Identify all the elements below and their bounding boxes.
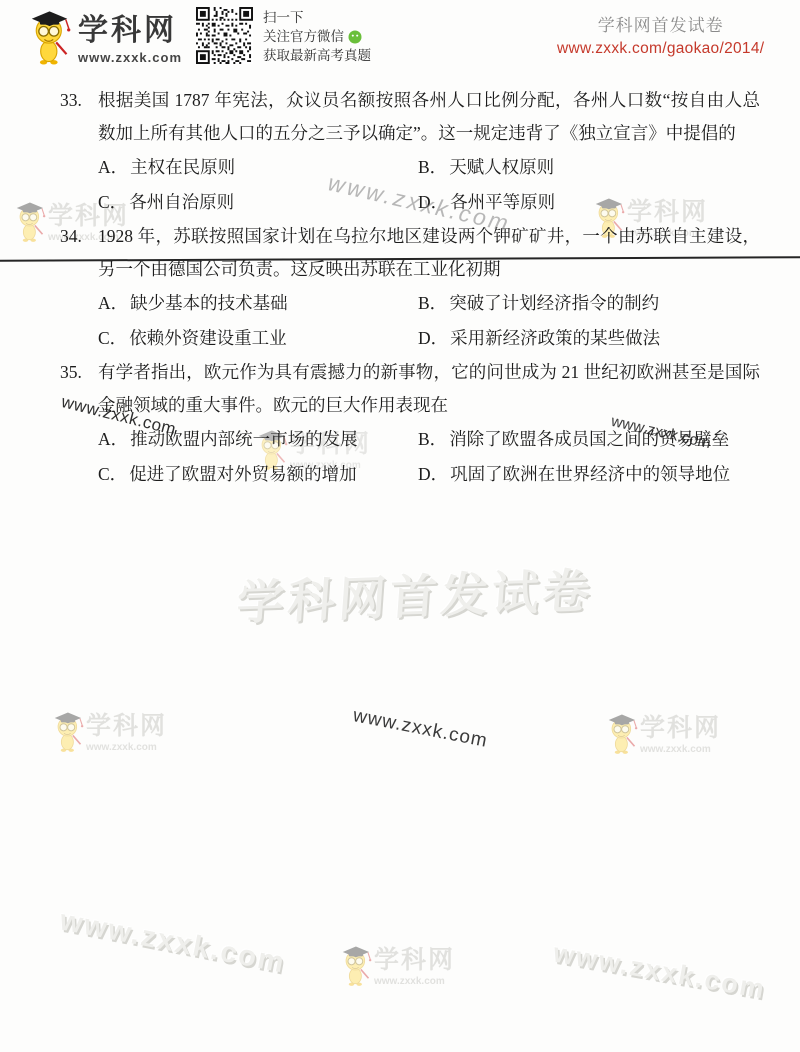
wechat-icon xyxy=(348,30,362,44)
mascot-icon xyxy=(606,709,640,755)
question-stem: 有学者指出，欧元作为具有震撼力的新事物，它的问世成为 21 世纪初欧洲甚至是国际… xyxy=(98,356,760,422)
watermark-site-url: www.zxxk.com xyxy=(640,744,721,755)
question-stem: 1928 年，苏联按照国家计划在乌拉尔地区建设两个钾矿矿井，一个由苏联自主建设，… xyxy=(98,220,760,286)
watermark-url-bottom-left: www.zxxk.com xyxy=(57,904,288,980)
option-34-d: D．采用新经济政策的某些做法 xyxy=(418,321,760,356)
site-url: www.zxxk.com xyxy=(78,50,182,65)
question-34-options: A．缺少基本的技术基础 B．突破了计划经济指令的制约 C．依赖外资建设重工业 D… xyxy=(98,286,760,355)
qr-caption-line1: 扫一下 xyxy=(263,8,304,27)
watermark-site-url: www.zxxk.com xyxy=(374,976,455,987)
zxxk-logo: 学科网 www.zxxk.com xyxy=(28,4,182,66)
watermark-logo-left-mid: 学科网 www.zxxk.com xyxy=(52,706,167,753)
mascot-icon xyxy=(28,4,74,66)
option-34-a: A．缺少基本的技术基础 xyxy=(98,286,418,321)
watermark-site-name: 学科网 xyxy=(640,708,721,744)
header-right: 学科网首发试卷 www.zxxk.com/gaokao/2014/ xyxy=(557,11,764,58)
question-number: 34. xyxy=(60,220,98,286)
watermark-url-bottom-right: www.zxxk.com xyxy=(551,938,768,1006)
watermark-site-name: 学科网 xyxy=(374,940,455,976)
mascot-icon xyxy=(14,197,48,243)
option-35-d: D．巩固了欧洲在世界经济中的领导地位 xyxy=(418,457,760,492)
watermark-banner-first-release: 学科网首发试卷 xyxy=(235,554,596,634)
watermark-url-mid-center: www.zxxk.com xyxy=(351,705,489,753)
page-header: 学科网 www.zxxk.com 扫一下 关注官方微信 获取最新高考真题 学科网… xyxy=(0,0,800,78)
question-stem: 根据美国 1787 年宪法，众议员名额按照各州人口比例分配，各州人口数“按自由人… xyxy=(98,84,760,150)
first-release-title: 学科网首发试卷 xyxy=(557,11,764,36)
option-35-c: C．促进了欧盟对外贸易额的增加 xyxy=(98,457,418,492)
option-34-b: B．突破了计划经济指令的制约 xyxy=(418,286,760,321)
scanned-exam-page: 学科网 www.zxxk.com 扫一下 关注官方微信 获取最新高考真题 学科网… xyxy=(0,0,800,1052)
mascot-icon xyxy=(52,707,86,753)
question-number: 33. xyxy=(60,84,98,150)
watermark-site-url: www.zxxk.com xyxy=(86,742,167,753)
logo-text-block: 学科网 www.zxxk.com xyxy=(78,5,182,65)
question-34-stem-row: 34. 1928 年，苏联按照国家计划在乌拉尔地区建设两个钾矿矿井，一个由苏联自… xyxy=(60,220,760,286)
site-name: 学科网 xyxy=(78,5,182,49)
gaokao-url: www.zxxk.com/gaokao/2014/ xyxy=(557,40,764,58)
watermark-logo-right-mid: 学科网 www.zxxk.com xyxy=(606,708,721,755)
question-35-stem-row: 35. 有学者指出，欧元作为具有震撼力的新事物，它的问世成为 21 世纪初欧洲甚… xyxy=(60,356,760,422)
question-33-stem-row: 33. 根据美国 1787 年宪法，众议员名额按照各州人口比例分配，各州人口数“… xyxy=(60,84,760,150)
qr-caption-line3: 获取最新高考真题 xyxy=(263,46,371,65)
option-34-c: C．依赖外资建设重工业 xyxy=(98,321,418,356)
watermark-logo-bottom-center: 学科网 www.zxxk.com xyxy=(340,940,455,987)
mascot-icon xyxy=(340,941,374,987)
option-33-b: B．天赋人权原则 xyxy=(418,150,760,185)
qr-code-icon xyxy=(196,7,253,64)
watermark-site-name: 学科网 xyxy=(86,706,167,742)
qr-caption-line2: 关注官方微信 xyxy=(263,27,344,46)
qr-caption: 扫一下 关注官方微信 获取最新高考真题 xyxy=(263,8,371,65)
question-34: 34. 1928 年，苏联按照国家计划在乌拉尔地区建设两个钾矿矿井，一个由苏联自… xyxy=(60,220,760,355)
